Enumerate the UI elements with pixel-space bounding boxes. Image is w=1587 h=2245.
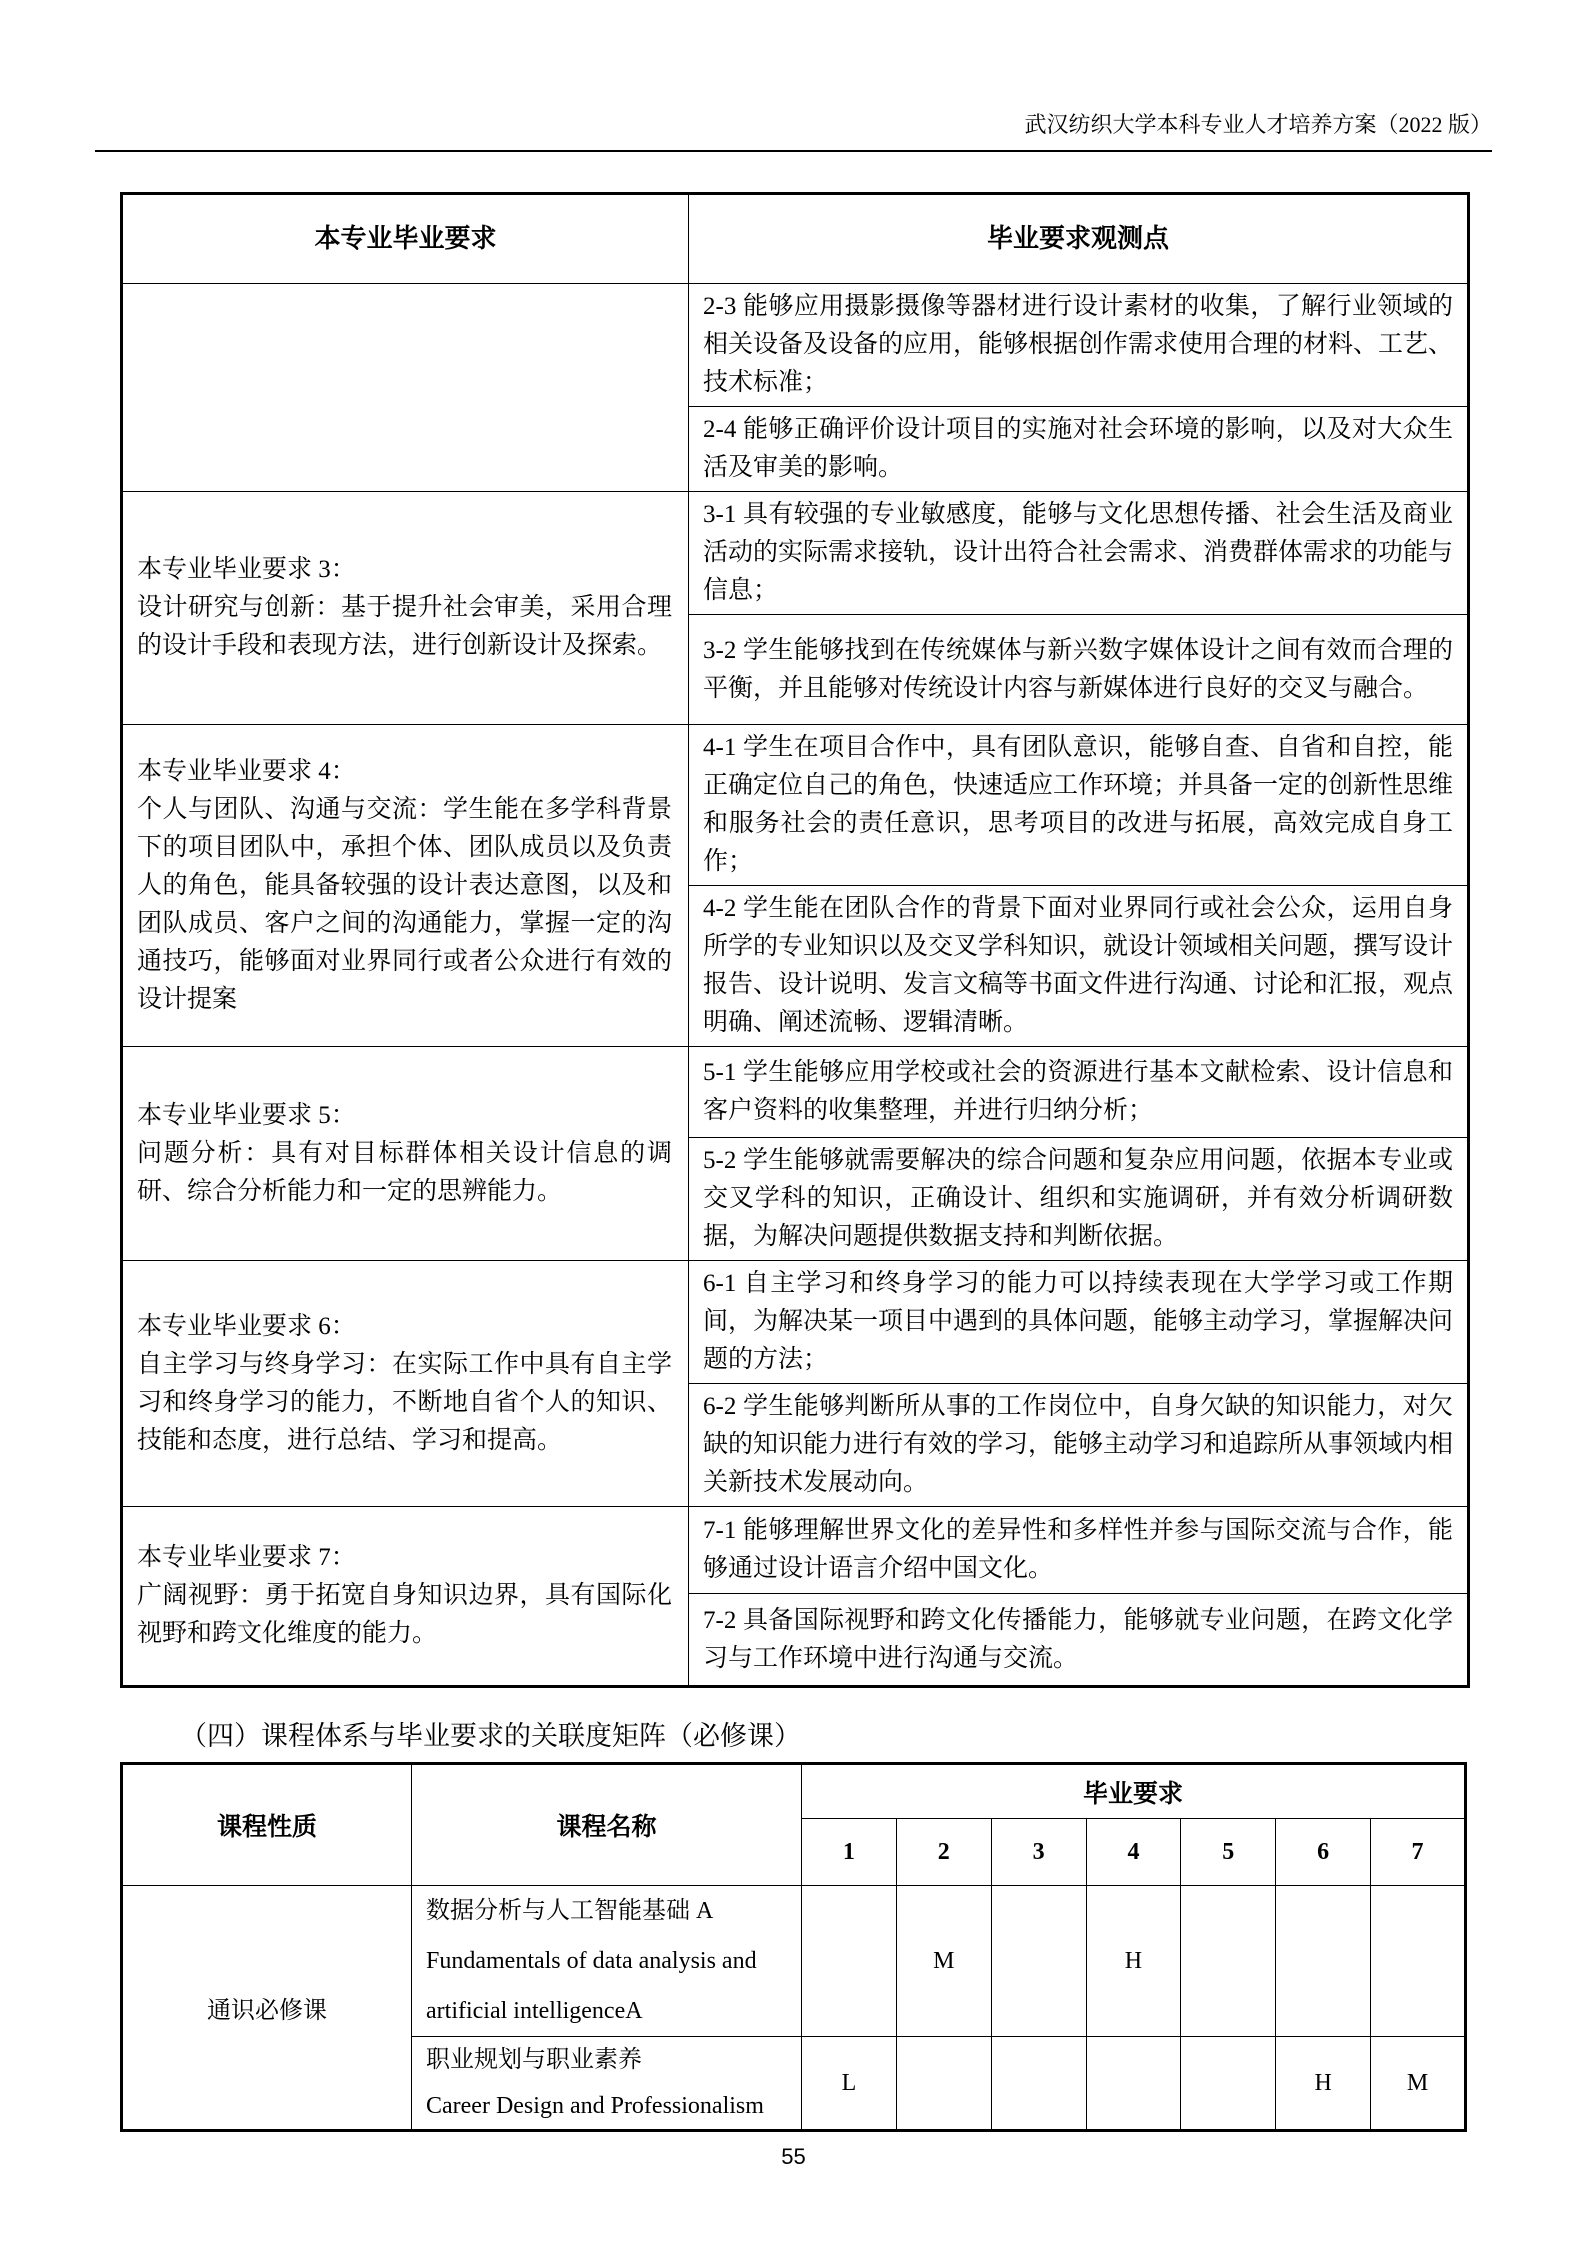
matrix-value [1371, 1886, 1466, 2037]
observation-point-2-4: 2-4 能够正确评价设计项目的实施对社会环境的影响，以及对大众生活及审美的影响。 [689, 407, 1469, 492]
table-row: 本专业毕业要求 3： 设计研究与创新：基于提升社会审美，采用合理的设计手段和表现… [122, 492, 1469, 615]
course-name-en-2: artificial intelligenceA [426, 1986, 787, 2036]
observation-point-5-2: 5-2 学生能够就需要解决的综合问题和复杂应用问题，依据本专业或交叉学科的知识，… [689, 1138, 1469, 1261]
course-matrix-table: 课程性质 课程名称 毕业要求 1 2 3 4 5 6 7 通识必修课 数据分析与… [120, 1762, 1467, 2132]
col-header-course-nature: 课程性质 [122, 1764, 412, 1886]
requirement-title: 本专业毕业要求 7： [137, 1539, 672, 1577]
matrix-value: H [1086, 1886, 1181, 2037]
observation-point-2-3: 2-3 能够应用摄影摄像等器材进行设计素材的收集，了解行业领域的相关设备及设备的… [689, 284, 1469, 407]
course-name-zh: 职业规划与职业素养 [426, 2037, 787, 2083]
course-name-en-1: Fundamentals of data analysis and [426, 1936, 787, 1986]
course-nature-cell: 通识必修课 [122, 1886, 412, 2131]
table-row: 本专业毕业要求 4： 个人与团队、沟通与交流：学生能在多学科背景下的项目团队中，… [122, 725, 1469, 886]
req-number-4: 4 [1086, 1819, 1181, 1886]
requirement-cell-4: 本专业毕业要求 4： 个人与团队、沟通与交流：学生能在多学科背景下的项目团队中，… [122, 725, 689, 1047]
req-number-1: 1 [802, 1819, 897, 1886]
table-header-row: 本专业毕业要求 毕业要求观测点 [122, 194, 1469, 284]
graduation-requirements-table: 本专业毕业要求 毕业要求观测点 2-3 能够应用摄影摄像等器材进行设计素材的收集… [120, 192, 1470, 1688]
req-number-6: 6 [1276, 1819, 1371, 1886]
matrix-value [991, 2037, 1086, 2131]
matrix-course-row: 通识必修课 数据分析与人工智能基础 A Fundamentals of data… [122, 1886, 1466, 2037]
matrix-value [802, 1886, 897, 2037]
req-number-7: 7 [1371, 1819, 1466, 1886]
req-number-3: 3 [991, 1819, 1086, 1886]
matrix-value [1181, 1886, 1276, 2037]
document-page: { "page": { "header": "武汉纺织大学本科专业人才培养方案（… [0, 0, 1587, 2245]
requirement-desc: 自主学习与终身学习：在实际工作中具有自主学习和终身学习的能力，不断地自省个人的知… [137, 1346, 672, 1460]
observation-point-7-2: 7-2 具备国际视野和跨文化传播能力，能够就专业问题，在跨文化学习与工作环境中进… [689, 1594, 1469, 1687]
observation-point-3-1: 3-1 具有较强的专业敏感度，能够与文化思想传播、社会生活及商业活动的实际需求接… [689, 492, 1469, 615]
col-header-course-name: 课程名称 [412, 1764, 802, 1886]
page-number: 55 [0, 2144, 1587, 2170]
requirement-title: 本专业毕业要求 3： [137, 551, 672, 589]
matrix-value [1276, 1886, 1371, 2037]
matrix-value [896, 2037, 991, 2131]
req-number-2: 2 [896, 1819, 991, 1886]
col-header-observation-points: 毕业要求观测点 [689, 194, 1469, 284]
course-name-zh: 数据分析与人工智能基础 A [426, 1886, 787, 1936]
requirement-cell-2 [122, 284, 689, 492]
requirement-desc: 设计研究与创新：基于提升社会审美，采用合理的设计手段和表现方法，进行创新设计及探… [137, 589, 672, 665]
req-number-5: 5 [1181, 1819, 1276, 1886]
observation-point-7-1: 7-1 能够理解世界文化的差异性和多样性并参与国际交流与合作，能够通过设计语言介… [689, 1507, 1469, 1594]
observation-point-4-1: 4-1 学生在项目合作中，具有团队意识，能够自查、自省和自控，能正确定位自己的角… [689, 725, 1469, 886]
matrix-value: H [1276, 2037, 1371, 2131]
course-name-en-1: Career Design and Professionalism [426, 2083, 787, 2129]
matrix-value [991, 1886, 1086, 2037]
observation-point-5-1: 5-1 学生能够应用学校或社会的资源进行基本文献检索、设计信息和客户资料的收集整… [689, 1047, 1469, 1138]
matrix-value: M [896, 1886, 991, 2037]
requirement-desc: 广阔视野：勇于拓宽自身知识边界，具有国际化视野和跨文化维度的能力。 [137, 1577, 672, 1653]
observation-point-6-2: 6-2 学生能够判断所从事的工作岗位中，自身欠缺的知识能力，对欠缺的知识能力进行… [689, 1384, 1469, 1507]
observation-point-3-2: 3-2 学生能够找到在传统媒体与新兴数字媒体设计之间有效而合理的平衡，并且能够对… [689, 615, 1469, 725]
requirement-cell-7: 本专业毕业要求 7： 广阔视野：勇于拓宽自身知识边界，具有国际化视野和跨文化维度… [122, 1507, 689, 1687]
observation-point-4-2: 4-2 学生能在团队合作的背景下面对业界同行或社会公众，运用自身所学的专业知识以… [689, 886, 1469, 1047]
col-header-requirements: 本专业毕业要求 [122, 194, 689, 284]
requirement-desc: 个人与团队、沟通与交流：学生能在多学科背景下的项目团队中，承担个体、团队成员以及… [137, 791, 672, 1019]
course-name-cell: 数据分析与人工智能基础 A Fundamentals of data analy… [412, 1886, 802, 2037]
table-row: 本专业毕业要求 6： 自主学习与终身学习：在实际工作中具有自主学习和终身学习的能… [122, 1261, 1469, 1384]
col-header-graduation-requirements: 毕业要求 [802, 1764, 1466, 1819]
matrix-value [1086, 2037, 1181, 2131]
table-row: 本专业毕业要求 5： 问题分析：具有对目标群体相关设计信息的调研、综合分析能力和… [122, 1047, 1469, 1138]
course-name-cell: 职业规划与职业素养 Career Design and Professional… [412, 2037, 802, 2131]
matrix-value [1181, 2037, 1276, 2131]
requirement-title: 本专业毕业要求 4： [137, 753, 672, 791]
observation-point-6-1: 6-1 自主学习和终身学习的能力可以持续表现在大学学习或工作期间，为解决某一项目… [689, 1261, 1469, 1384]
matrix-header-row-1: 课程性质 课程名称 毕业要求 [122, 1764, 1466, 1819]
section-heading: （四）课程体系与毕业要求的关联度矩阵（必修课） [180, 1718, 1587, 1754]
requirement-cell-3: 本专业毕业要求 3： 设计研究与创新：基于提升社会审美，采用合理的设计手段和表现… [122, 492, 689, 725]
matrix-value: M [1371, 2037, 1466, 2131]
table-row: 本专业毕业要求 7： 广阔视野：勇于拓宽自身知识边界，具有国际化视野和跨文化维度… [122, 1507, 1469, 1594]
document-header-title: 武汉纺织大学本科专业人才培养方案（2022 版） [95, 0, 1492, 152]
requirement-title: 本专业毕业要求 6： [137, 1308, 672, 1346]
table-row: 2-3 能够应用摄影摄像等器材进行设计素材的收集，了解行业领域的相关设备及设备的… [122, 284, 1469, 407]
requirement-cell-5: 本专业毕业要求 5： 问题分析：具有对目标群体相关设计信息的调研、综合分析能力和… [122, 1047, 689, 1261]
requirement-desc: 问题分析：具有对目标群体相关设计信息的调研、综合分析能力和一定的思辨能力。 [137, 1135, 672, 1211]
matrix-value: L [802, 2037, 897, 2131]
requirement-cell-6: 本专业毕业要求 6： 自主学习与终身学习：在实际工作中具有自主学习和终身学习的能… [122, 1261, 689, 1507]
requirement-title: 本专业毕业要求 5： [137, 1097, 672, 1135]
